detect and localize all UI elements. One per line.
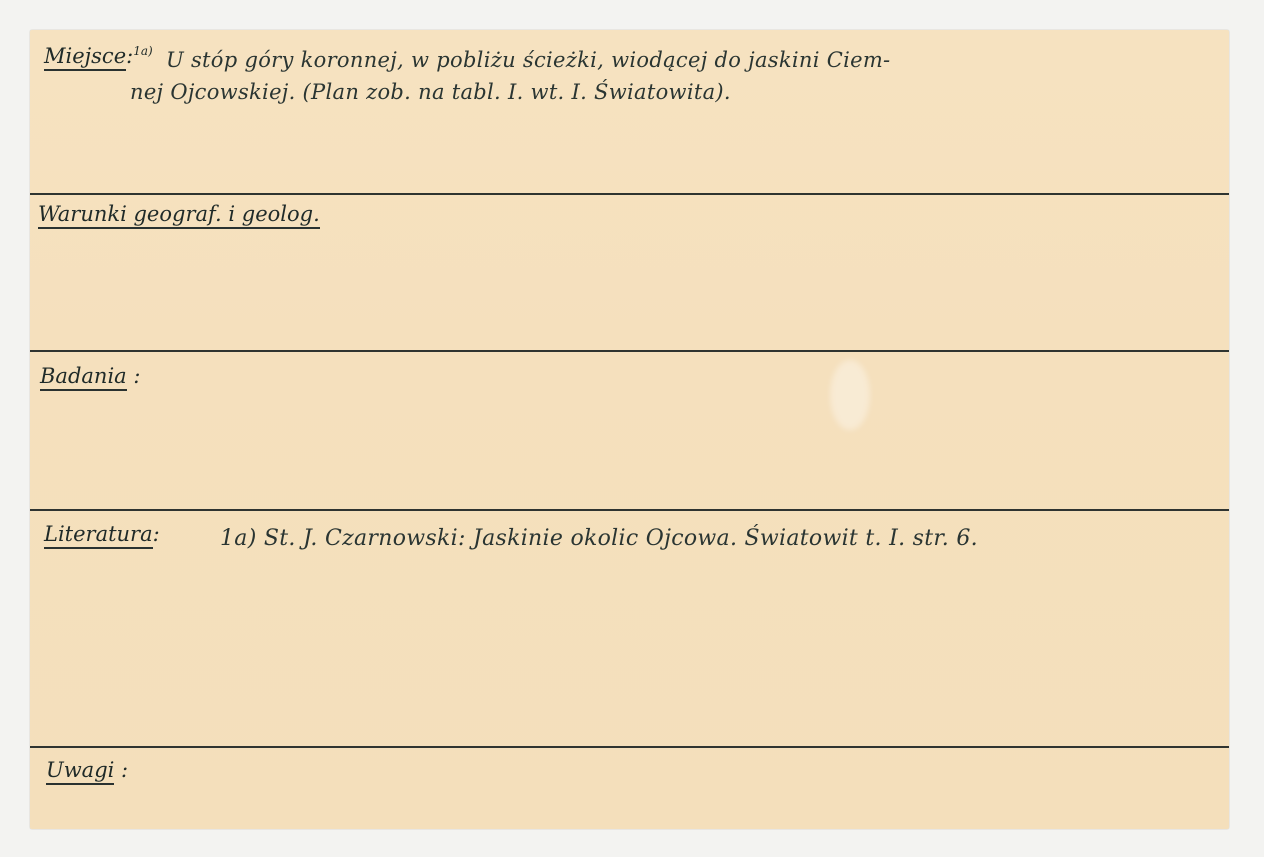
- label-literatura: Literatura:: [44, 522, 160, 546]
- literatura-citation: 1a) St. J. Czarnowski: Jaskinie okolic O…: [220, 526, 978, 551]
- divider-rule-1: [30, 193, 1229, 195]
- footnote-ref: 1a): [133, 44, 152, 58]
- label-literatura-colon: :: [153, 522, 160, 546]
- miejsce-text-line1: U stóp góry koronnej, w pobliżu ścieżki,…: [166, 48, 890, 72]
- label-badania: Badania :: [40, 364, 140, 388]
- label-uwagi: Uwagi :: [46, 758, 128, 782]
- archive-index-card: Miejsce:1a) U stóp góry koronnej, w pobl…: [30, 30, 1229, 829]
- paper-stain: [830, 360, 870, 430]
- label-literatura-text: Literatura: [44, 522, 153, 549]
- divider-rule-4: [30, 746, 1229, 748]
- label-warunki-text: Warunki geograf. i geolog.: [38, 202, 320, 229]
- miejsce-text-line2: nej Ojcowskiej. (Plan zob. na tabl. I. w…: [130, 80, 731, 104]
- label-miejsce-text: Miejsce: [44, 44, 126, 71]
- label-uwagi-text: Uwagi: [46, 758, 114, 785]
- label-miejsce: Miejsce:1a): [44, 44, 153, 68]
- label-badania-text: Badania: [40, 364, 127, 391]
- label-uwagi-colon: :: [121, 758, 128, 782]
- label-badania-colon: :: [133, 364, 140, 388]
- divider-rule-2: [30, 350, 1229, 352]
- divider-rule-3: [30, 509, 1229, 511]
- label-warunki: Warunki geograf. i geolog.: [38, 202, 320, 226]
- scanned-page: Miejsce:1a) U stóp góry koronnej, w pobl…: [0, 0, 1264, 857]
